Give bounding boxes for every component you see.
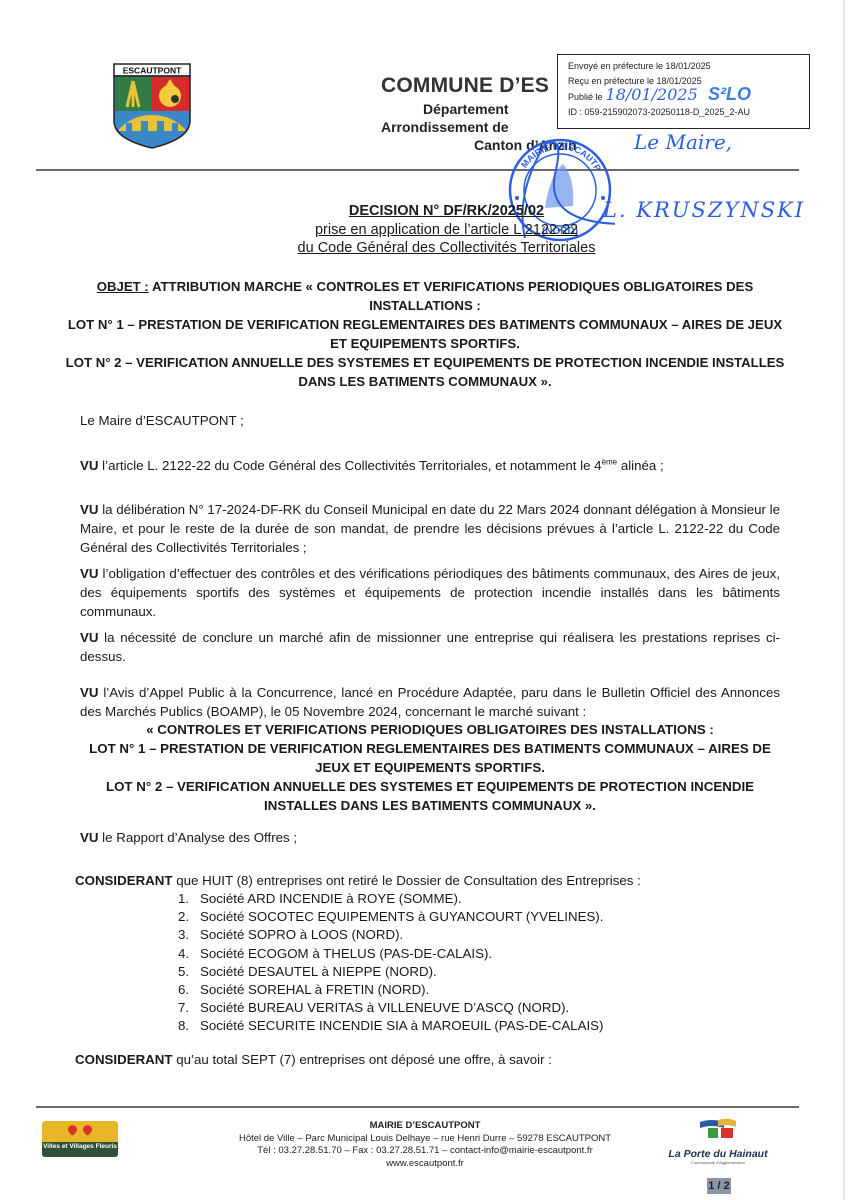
company-list-item: 7.Société BUREAU VERITAS à VILLENEUVE D’… xyxy=(178,999,603,1017)
footer-divider xyxy=(36,1106,799,1108)
objet-lot-1: LOT N° 1 – PRESTATION DE VERIFICATION RE… xyxy=(62,315,788,353)
company-list-item: 1.Société ARD INCENDIE à ROYE (SOMME). xyxy=(178,890,603,908)
porte-du-hainaut-icon xyxy=(696,1118,740,1140)
company-list-item: 2.Société SOCOTEC EQUIPEMENTS à GUYANCOU… xyxy=(178,908,603,926)
considerant-dce: CONSIDERANT que HUIT (8) entreprises ont… xyxy=(75,871,795,890)
company-list-item: 8.Société SECURITE INCENDIE SIA à MAROEU… xyxy=(178,1017,603,1035)
coat-of-arms-icon: ESCAUTPONT xyxy=(113,63,191,149)
prefecture-stamp: Envoyé en préfecture le 18/01/2025 Reçu … xyxy=(557,54,810,129)
s2lo-logo: S²LO xyxy=(708,84,751,105)
vu-necessite: VU la nécessité de conclure un marché af… xyxy=(80,628,780,666)
vu-rapport: VU le Rapport d’Analyse des Offres ; xyxy=(80,828,780,847)
objet-label: OBJET : xyxy=(97,279,149,294)
svg-text:ESCAUTPONT: ESCAUTPONT xyxy=(123,66,182,76)
page-number: 1 / 2 xyxy=(707,1178,731,1194)
stamp-id: ID : 059-215902073-20250118-D_2025_2-AU xyxy=(568,105,809,120)
objet-text: ATTRIBUTION MARCHE « CONTROLES ET VERIFI… xyxy=(149,279,753,313)
company-list: 1.Société ARD INCENDIE à ROYE (SOMME).2.… xyxy=(178,890,603,1036)
company-list-item: 5.Société DESAUTEL à NIEPPE (NORD). xyxy=(178,963,603,981)
signature-role: Le Maire, xyxy=(634,130,732,154)
arrondissement-line: Arrondissement de xyxy=(381,119,509,135)
company-list-item: 6.Société SOREHAL à FRETIN (NORD). xyxy=(178,981,603,999)
document-page: ESCAUTPONT COMMUNE D’ES Département Arro… xyxy=(0,0,849,1200)
header-divider xyxy=(36,169,799,171)
department-line: Département xyxy=(423,101,509,117)
stamp-sent: Envoyé en préfecture le 18/01/2025 xyxy=(568,59,809,74)
objet-lot-2: LOT N° 2 – VERIFICATION ANNUELLE DES SYS… xyxy=(62,353,788,391)
stamp-published: Publié le18/01/2025 xyxy=(568,88,809,105)
porte-du-hainaut-logo: La Porte du Hainaut Communauté d'Agglomé… xyxy=(663,1118,773,1168)
company-list-item: 3.Société SOPRO à LOOS (NORD). xyxy=(178,926,603,944)
market-description: « CONTROLES ET VERIFICATIONS PERIODIQUES… xyxy=(80,720,780,815)
company-list-item: 4.Société ECOGOM à THELUS (PAS-DE-CALAIS… xyxy=(178,945,603,963)
vu-deliberation: VU la délibération N° 17-2024-DF-RK du C… xyxy=(80,500,780,557)
vu-article: VU l’article L. 2122-22 du Code Général … xyxy=(80,456,780,475)
published-date-handwritten: 18/01/2025 xyxy=(606,85,698,104)
footer-address: MAIRIE D’ESCAUTPONT Hôtel de Ville – Par… xyxy=(180,1120,670,1170)
objet-block: OBJET : ATTRIBUTION MARCHE « CONTROLES E… xyxy=(62,277,788,391)
decision-basis: prise en application de l’article L 2122… xyxy=(22,222,849,238)
page-edge xyxy=(843,0,845,1200)
commune-title: COMMUNE D’ES xyxy=(381,74,549,98)
decision-code: du Code Général des Collectivités Territ… xyxy=(22,240,849,256)
maire-line: Le Maire d’ESCAUTPONT ; xyxy=(80,411,780,430)
villes-villages-fleuris-logo: Villes et Villages Fleuris xyxy=(42,1121,118,1157)
considerant-offres: CONSIDERANT qu’au total SEPT (7) entrepr… xyxy=(75,1050,795,1069)
vu-obligation: VU l’obligation d’effectuer des contrôle… xyxy=(80,564,780,621)
decision-number: DECISION N° DF/RK/2025/02 xyxy=(22,203,849,219)
vu-avis: VU l’Avis d’Appel Public à la Concurrenc… xyxy=(80,683,780,721)
